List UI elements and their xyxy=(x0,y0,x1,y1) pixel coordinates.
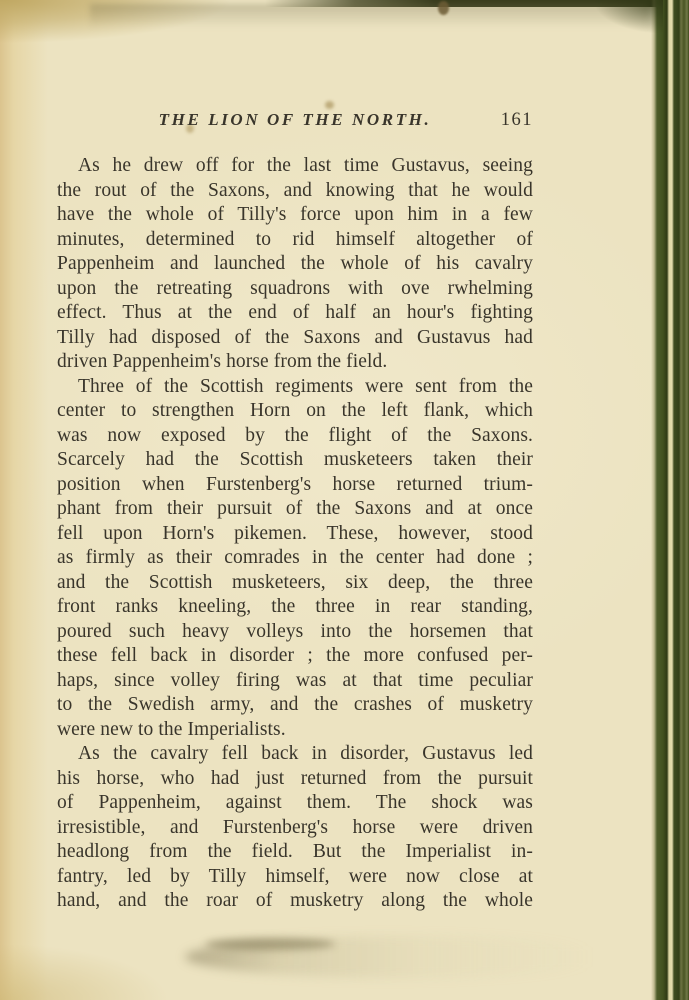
paper-speck-header xyxy=(325,101,334,109)
text-line: Scarcely had the Scottish musketeers tak… xyxy=(57,448,533,473)
text-line: hand, and the roar of musketry along the… xyxy=(57,889,533,914)
text-line: As he drew off for the last time Gustavu… xyxy=(57,154,533,179)
paragraph: Three of the Scottish regiments were sen… xyxy=(57,375,533,743)
book-page-scan: THE LION OF THE NORTH. 161 As he drew of… xyxy=(0,0,689,1000)
text-line: center to strengthen Horn on the left fl… xyxy=(57,399,533,424)
text-line: effect. Thus at the end of half an hour'… xyxy=(57,301,533,326)
text-line: poured such heavy volleys into the horse… xyxy=(57,620,533,645)
text-line: Pappenheim and launched the whole of his… xyxy=(57,252,533,277)
running-header-title: THE LION OF THE NORTH. xyxy=(57,110,533,130)
corner-shadow-top-right xyxy=(593,0,663,34)
text-block: As he drew off for the last time Gustavu… xyxy=(57,154,533,914)
text-line: upon the retreating squadrons with ove r… xyxy=(57,277,533,302)
text-line: as firmly as their comrades in the cente… xyxy=(57,546,533,571)
text-line: phant from their pursuit of the Saxons a… xyxy=(57,497,533,522)
text-line: to the Swedish army, and the crashes of … xyxy=(57,693,533,718)
text-line: of Pappenheim, against them. The shock w… xyxy=(57,791,533,816)
text-line: position when Furstenberg's horse return… xyxy=(57,473,533,498)
text-line: his horse, who had just returned from th… xyxy=(57,767,533,792)
binding-edge-stripes xyxy=(651,0,689,1000)
text-line: these fell back in disorder ; the more c… xyxy=(57,644,533,669)
text-line: fell upon Horn's pikemen. These, however… xyxy=(57,522,533,547)
text-line: was now exposed by the flight of the Sax… xyxy=(57,424,533,449)
bottom-smudge-dark xyxy=(205,938,335,950)
text-line: fantry, led by Tilly himself, were now c… xyxy=(57,865,533,890)
text-line: front ranks kneeling, the three in rear … xyxy=(57,595,533,620)
text-line: driven Pappenheim's horse from the field… xyxy=(57,350,533,375)
top-edge-shadow xyxy=(90,4,649,28)
text-line: and the Scottish musketeers, six deep, t… xyxy=(57,571,533,596)
text-line: Tilly had disposed of the Saxons and Gus… xyxy=(57,326,533,351)
text-line: minutes, determined to rid himself altog… xyxy=(57,228,533,253)
paragraph: As the cavalry fell back in disorder, Gu… xyxy=(57,742,533,914)
text-line: haps, since volley firing was at that ti… xyxy=(57,669,533,694)
page-number: 161 xyxy=(501,110,533,131)
text-line: As the cavalry fell back in disorder, Gu… xyxy=(57,742,533,767)
text-line: irresistible, and Furstenberg's horse we… xyxy=(57,816,533,841)
running-header: THE LION OF THE NORTH. 161 xyxy=(57,110,533,134)
text-line: the rout of the Saxons, and knowing that… xyxy=(57,179,533,204)
text-line: headlong from the field. But the Imperia… xyxy=(57,840,533,865)
ink-speck-top xyxy=(438,1,449,15)
paragraph: As he drew off for the last time Gustavu… xyxy=(57,154,533,375)
text-line: were new to the Imperialists. xyxy=(57,718,533,743)
gutter-shadow xyxy=(0,0,54,1000)
text-line: have the whole of Tilly's force upon him… xyxy=(57,203,533,228)
text-line: Three of the Scottish regiments were sen… xyxy=(57,375,533,400)
